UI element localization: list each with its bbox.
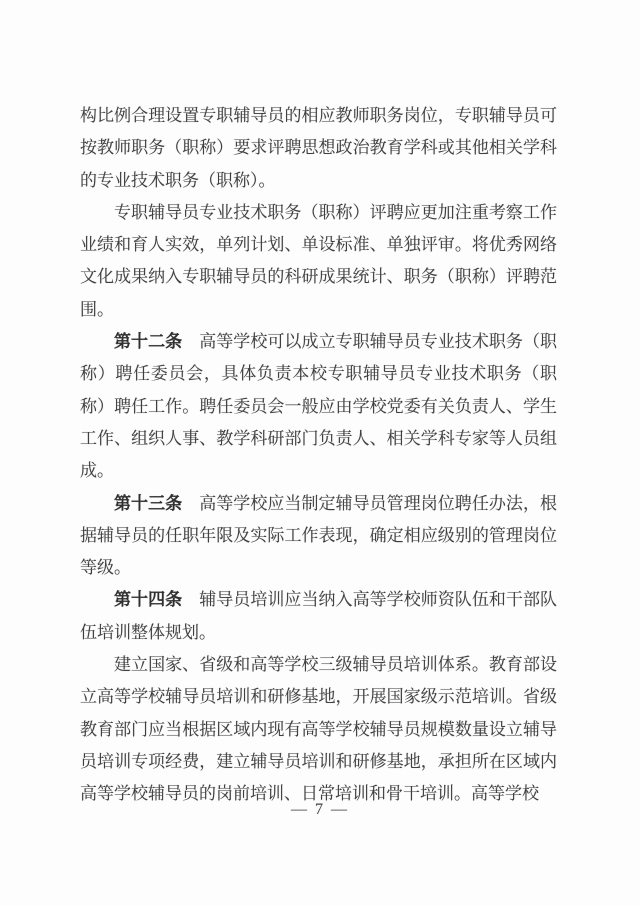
text-segment: 高等学校可以成立专职辅导员专业技术职务（职称）聘任委员会，具体负责本校专职辅导员… [80,332,557,480]
paragraph: 建立国家、省级和高等学校三级辅导员培训体系。教育部设立高等学校辅导员培训和研修基… [80,649,557,810]
text-segment: 构比例合理设置专职辅导员的相应教师职务岗位，专职辅导员可按教师职务（职称）要求评… [80,106,557,190]
paragraph: 第十四条 辅导员培训应当纳入高等学校师资队伍和干部队伍培训整体规划。 [80,584,557,649]
paragraph: 构比例合理设置专职辅导员的相应教师职务岗位，专职辅导员可按教师职务（职称）要求评… [80,100,557,197]
paragraph: 第十三条 高等学校应当制定辅导员管理岗位聘任办法，根据辅导员的任职年限及实际工作… [80,488,557,585]
page-footer: — 7 — [0,801,640,819]
paragraph: 专职辅导员专业技术职务（职称）评聘应更加注重考察工作业绩和育人实效，单列计划、单… [80,197,557,326]
article-number: 第十二条 [114,332,182,351]
text-segment: 专职辅导员专业技术职务（职称）评聘应更加注重考察工作业绩和育人实效，单列计划、单… [80,203,557,319]
text-segment: 建立国家、省级和高等学校三级辅导员培训体系。教育部设立高等学校辅导员培训和研修基… [80,655,557,803]
document-page: 构比例合理设置专职辅导员的相应教师职务岗位，专职辅导员可按教师职务（职称）要求评… [0,0,640,905]
page-number: — 7 — [291,801,349,818]
article-number: 第十四条 [114,590,182,609]
article-number: 第十三条 [114,494,182,513]
paragraph: 第十二条 高等学校可以成立专职辅导员专业技术职务（职称）聘任委员会，具体负责本校… [80,326,557,487]
document-body: 构比例合理设置专职辅导员的相应教师职务岗位，专职辅导员可按教师职务（职称）要求评… [80,100,557,811]
